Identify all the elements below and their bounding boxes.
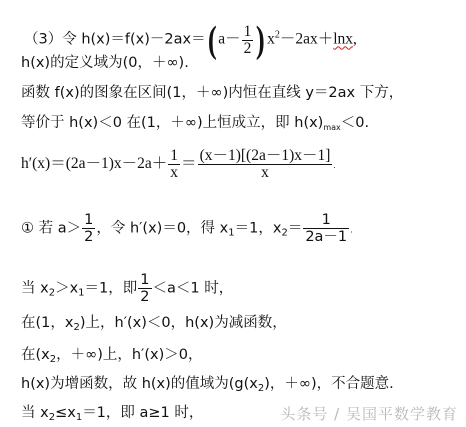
line-derivative: h′(x)＝(2a－1)x－2a＋1x＝(x－1)[(2a－1)x－1]x. bbox=[21, 148, 335, 181]
text: ＞x bbox=[55, 281, 78, 297]
right-paren: ) bbox=[256, 22, 265, 58]
denominator: x bbox=[168, 164, 180, 181]
denominator: 2 bbox=[138, 288, 151, 305]
text: ，令 h′(x)＝0，得 x bbox=[96, 221, 228, 237]
line-when-x2-le-x1: 当 x2≤x1＝1，即 a≥1 时， bbox=[21, 404, 203, 427]
numerator: 1 bbox=[242, 24, 254, 40]
line-condition: 函数 f(x)的图象在区间(1，＋∞)内恒在直线 y＝2ax 下方， bbox=[21, 84, 403, 102]
line-range-conclusion: h(x)为增函数，故 h(x)的值域为(g(x2)，＋∞)，不合题意. bbox=[21, 375, 394, 398]
fraction: 1x bbox=[168, 148, 180, 181]
text: , bbox=[353, 31, 357, 48]
denominator: 2a－1 bbox=[303, 228, 349, 245]
line-domain: h(x)的定义域为(0，＋∞). bbox=[21, 54, 189, 72]
denominator: x bbox=[198, 164, 333, 181]
text: ＝1，即 bbox=[85, 281, 138, 297]
text: . bbox=[350, 226, 353, 235]
left-paren: ( bbox=[208, 22, 217, 58]
numerator: 1 bbox=[82, 212, 95, 228]
text: 当 x bbox=[21, 405, 49, 421]
numerator: 1 bbox=[168, 148, 180, 164]
text: ＜a＜1 时， bbox=[153, 281, 234, 297]
text: . bbox=[333, 161, 335, 170]
text: ① 若 a＞ bbox=[21, 221, 81, 237]
text: a－ bbox=[218, 31, 240, 48]
line-case-1: ① 若 a＞12，令 h′(x)＝0，得 x1＝1，x2＝12a－1. bbox=[21, 212, 353, 245]
text: ＝ bbox=[181, 155, 197, 172]
fraction: (x－1)[(2a－1)x－1]x bbox=[198, 148, 333, 181]
fraction: 12 bbox=[138, 272, 151, 305]
text: ，＋∞)上，h′(x)＞0， bbox=[56, 347, 202, 363]
fraction: 12 bbox=[242, 24, 254, 57]
subscript: max bbox=[323, 123, 340, 132]
line-when-x2-gt-x1: 当 x2＞x1＝1，即12＜a＜1 时， bbox=[21, 272, 233, 305]
text: h′(x)＝(2a－1)x－2a＋ bbox=[21, 155, 167, 172]
text: ＝1，即 a≥1 时， bbox=[82, 405, 203, 421]
line-decreasing: 在(1，x2)上，h′(x)＜0，h(x)为减函数， bbox=[21, 314, 287, 337]
text: x bbox=[267, 31, 275, 48]
text: 当 x bbox=[21, 281, 49, 297]
text: ＜0. bbox=[341, 115, 369, 131]
text: )上，h′(x)＜0，h(x)为减函数， bbox=[80, 315, 287, 331]
spellcheck-word: lnx bbox=[333, 31, 353, 48]
text: 在(x bbox=[21, 347, 50, 363]
line-increasing-interval: 在(x2，＋∞)上，h′(x)＞0， bbox=[21, 346, 202, 369]
denominator: 2 bbox=[82, 228, 95, 245]
text: ＝ bbox=[288, 221, 303, 237]
text: ＝1，x bbox=[235, 221, 282, 237]
text: （3）令 h(x)＝f(x)－2ax＝ bbox=[24, 32, 206, 48]
line-define-h: （3）令 h(x)＝f(x)－2ax＝(a－12)x2－2ax＋lnx, bbox=[24, 22, 357, 58]
numerator: (x－1)[(2a－1)x－1] bbox=[198, 148, 333, 164]
fraction: 12a－1 bbox=[303, 212, 349, 245]
text: －2ax＋ bbox=[280, 31, 333, 48]
text: )，＋∞)，不合题意. bbox=[264, 376, 394, 392]
text: h(x)为增函数，故 h(x)的值域为(g(x bbox=[21, 376, 258, 392]
numerator: 1 bbox=[303, 212, 349, 228]
denominator: 2 bbox=[242, 40, 254, 57]
text: 在(1，x bbox=[21, 315, 73, 331]
numerator: 1 bbox=[138, 272, 151, 288]
text: ≤x bbox=[55, 405, 76, 421]
watermark: 头条号 / 吴国平数学教育 bbox=[280, 403, 458, 424]
fraction: 12 bbox=[82, 212, 95, 245]
line-equivalent: 等价于 h(x)＜0 在(1，＋∞)上恒成立，即 h(x)max＜0. bbox=[21, 114, 369, 137]
text: 等价于 h(x)＜0 在(1，＋∞)上恒成立，即 h(x) bbox=[21, 115, 323, 131]
